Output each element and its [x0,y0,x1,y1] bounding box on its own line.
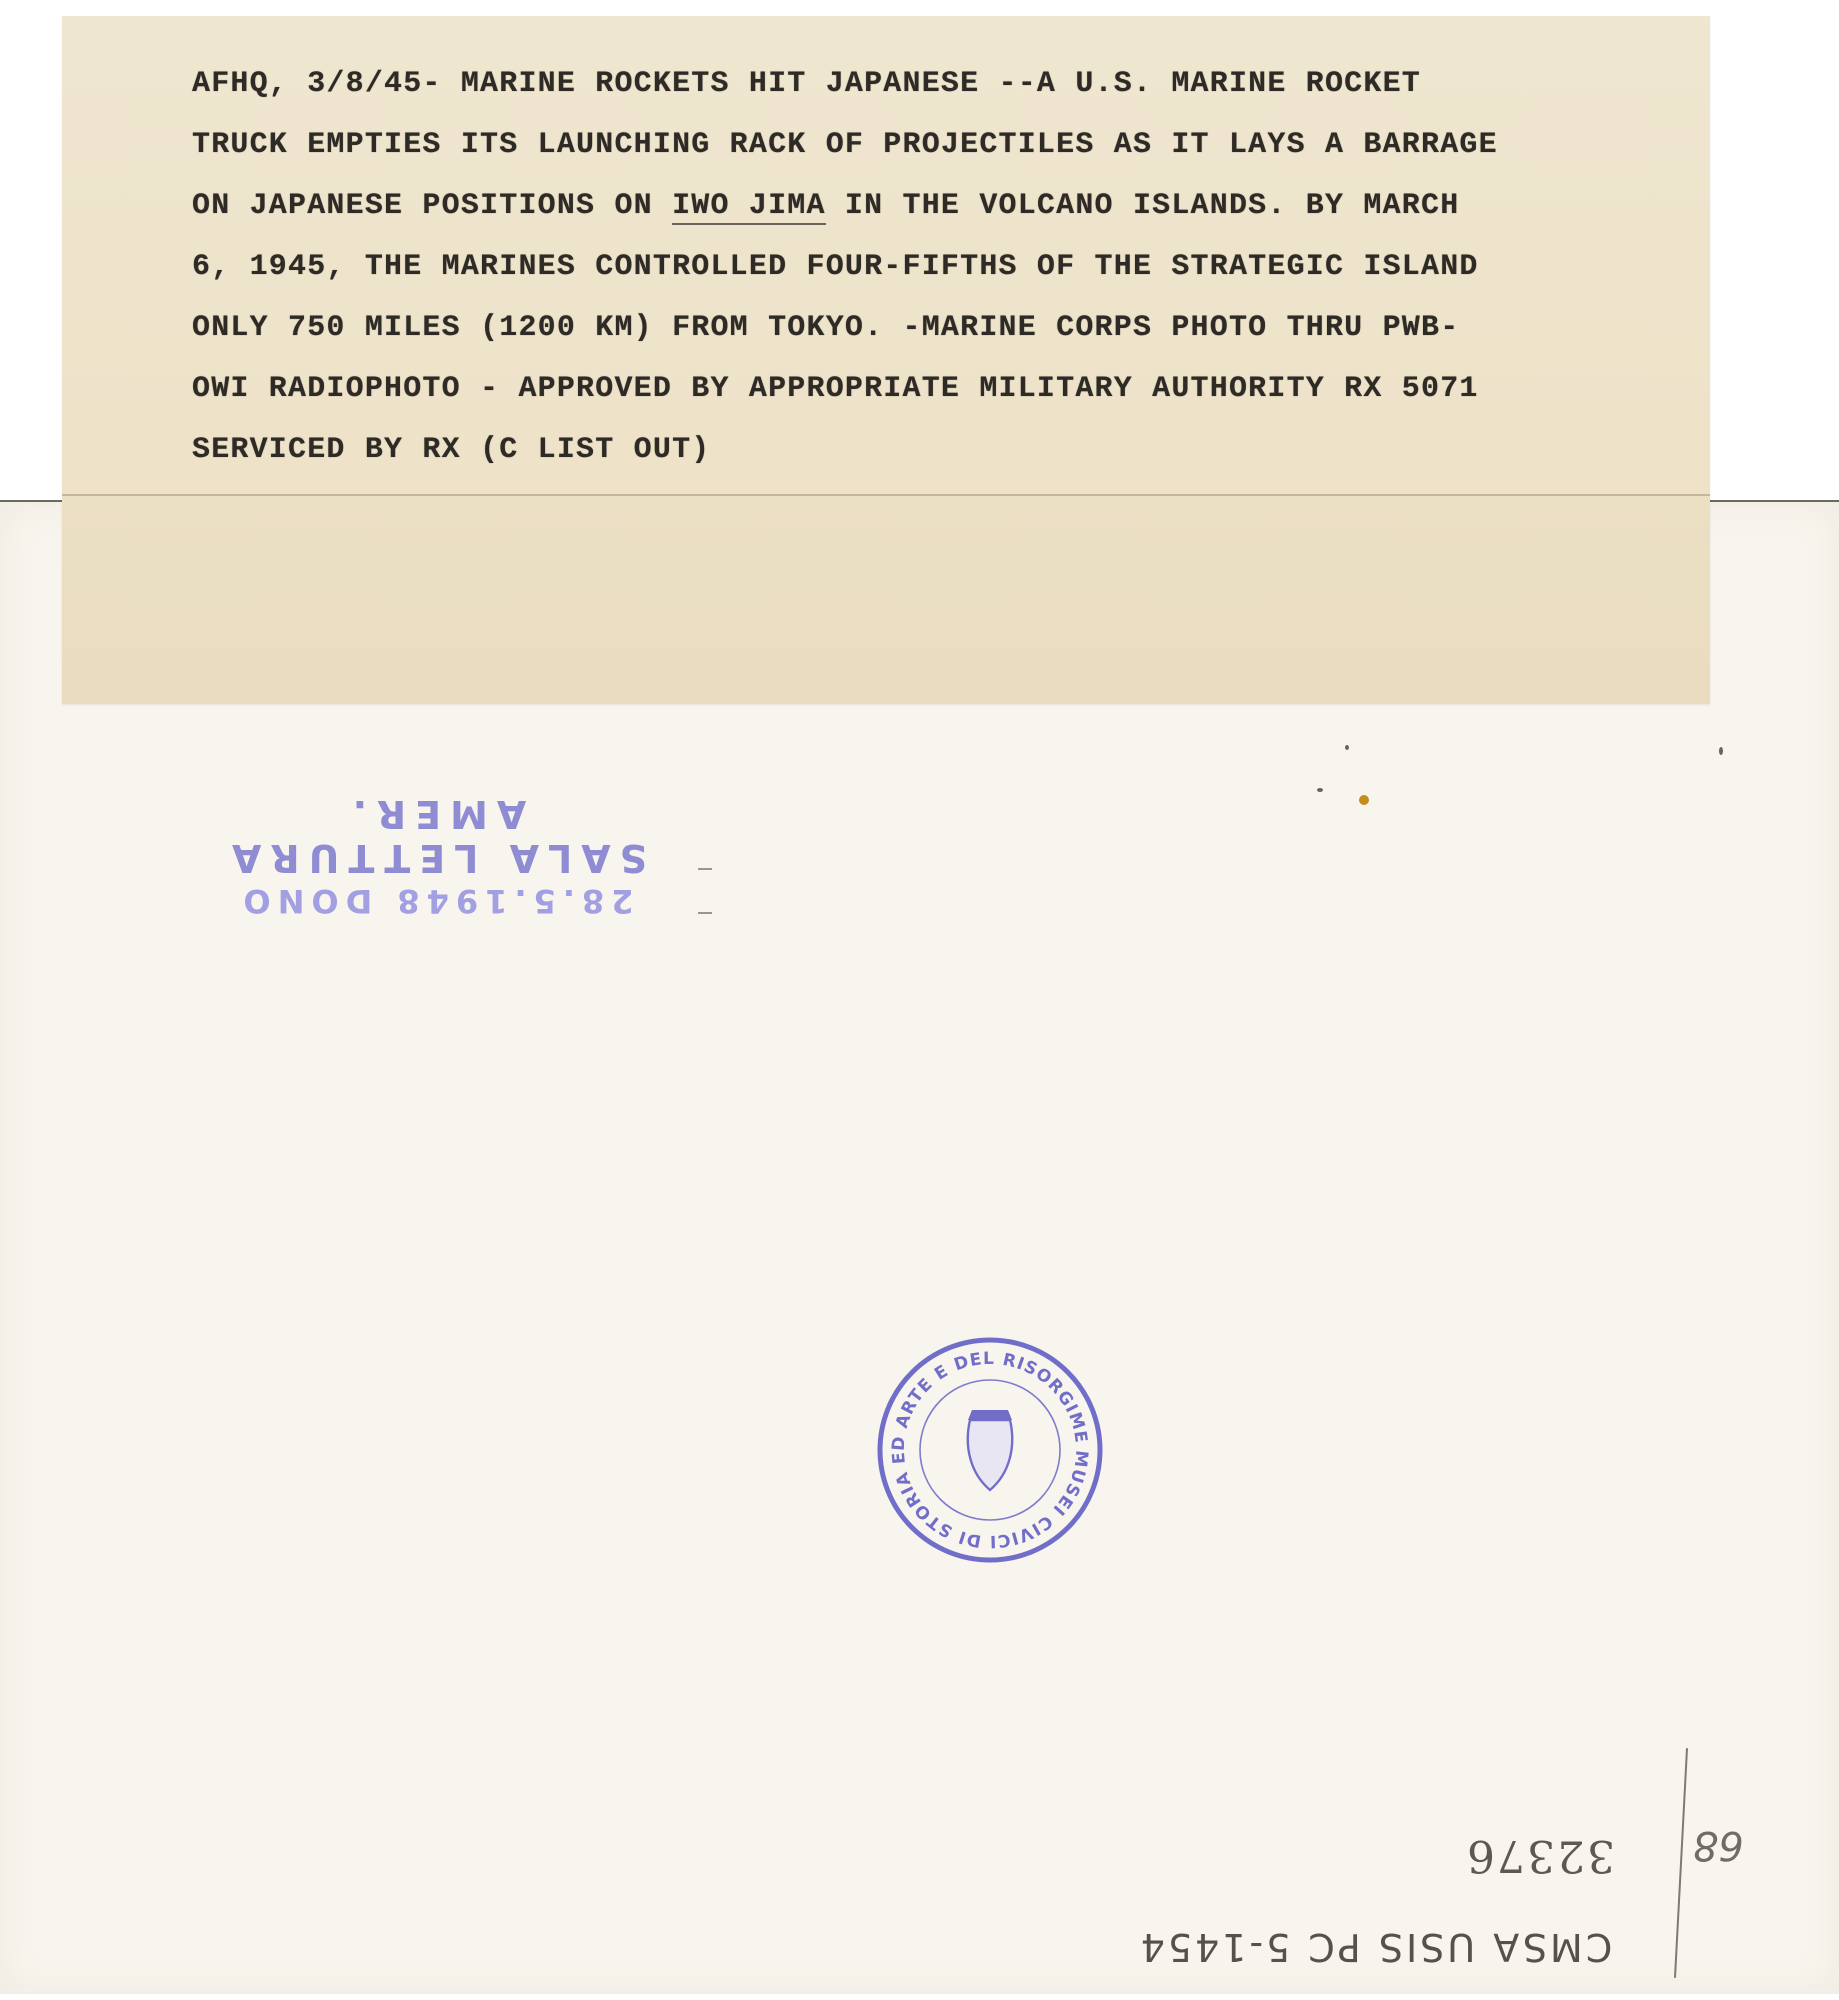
ink-mark [698,912,712,914]
date-stamp: 28.5.1948 DONO [225,882,645,920]
caption-line-tail: IN THE VOLCANO ISLANDS. BY MARCH [826,189,1460,223]
ink-speck [1719,747,1723,755]
caption-line: OWI RADIOPHOTO - APPROVED BY APPROPRIATE… [192,359,1672,420]
library-stamp: SALA LETTURA AMER. [155,792,715,880]
archive-code: CMSA USIS PC 5-1454 [1085,1925,1665,1969]
caption-slip: AFHQ, 3/8/45- MARINE ROCKETS HIT JAPANES… [62,16,1710,704]
archive-number: 32376 [1430,1830,1650,1881]
caption-line: TRUCK EMPTIES ITS LAUNCHING RACK OF PROJ… [192,115,1672,176]
underlined-place-name: IWO JIMA [672,189,826,225]
museum-seal-icon: MUSEI CIVICI DI STORIA ED ARTE E DEL RIS… [872,1332,1108,1568]
ink-speck [1317,788,1323,792]
typewritten-caption: AFHQ, 3/8/45- MARINE ROCKETS HIT JAPANES… [192,54,1672,481]
caption-line: SERVICED BY RX (C LIST OUT) [192,420,1672,481]
caption-line-head: ON JAPANESE POSITIONS ON [192,189,672,223]
ink-speck [1345,745,1349,750]
caption-line: AFHQ, 3/8/45- MARINE ROCKETS HIT JAPANES… [192,54,1672,115]
caption-line: ONLY 750 MILES (1200 KM) FROM TOKYO. -MA… [192,298,1672,359]
pencil-number: 68 [1693,1822,1744,1868]
photo-back [0,500,1839,1994]
stain-spot [1359,795,1369,805]
ink-mark [698,868,712,870]
caption-line: ON JAPANESE POSITIONS ON IWO JIMA IN THE… [192,176,1672,237]
caption-line: 6, 1945, THE MARINES CONTROLLED FOUR-FIF… [192,237,1672,298]
slip-lower-flap [62,496,1710,704]
